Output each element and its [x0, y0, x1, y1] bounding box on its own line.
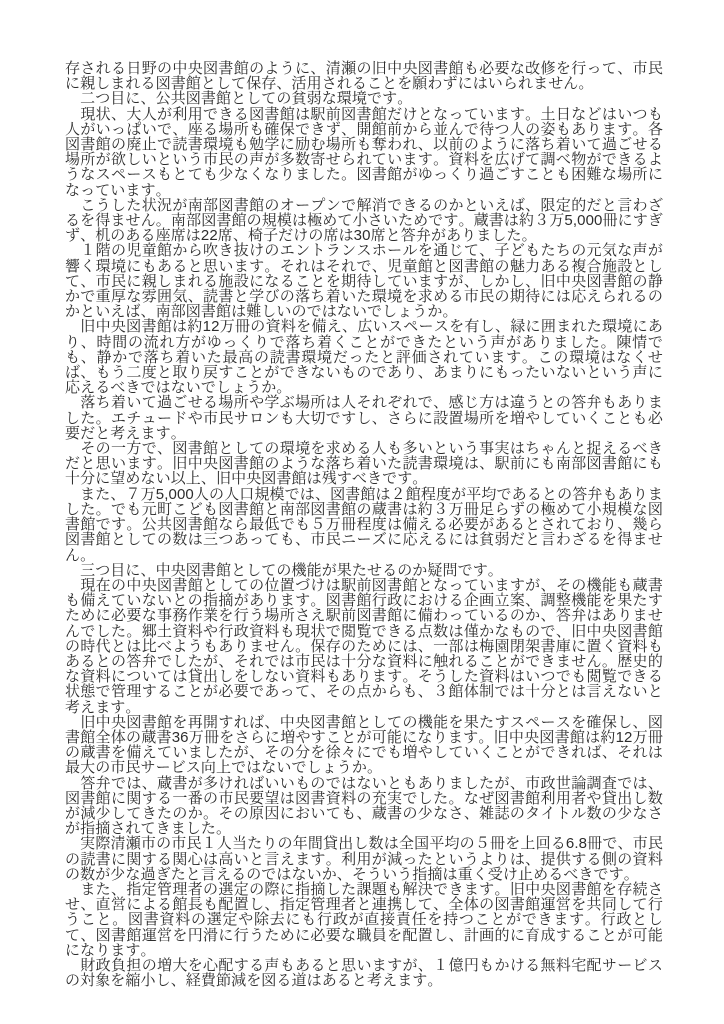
paragraph: 財政負担の増大を心配する声もあると思いますが、１億円もかける無料宅配サービスの対…	[65, 958, 663, 988]
paragraph: こうした状況が南部図書館のオープンで解消できるのかといえば、限定的だと言わざるを…	[65, 198, 663, 244]
paragraph: 旧中央図書館を再開すれば、中央図書館としての機能を果たすスペースを確保し、図書館…	[65, 715, 663, 776]
paragraph: その一方で、図書館としての環境を求める人も多いという事実はちゃんと捉えるべきだと…	[65, 441, 663, 487]
paragraph: 現状、大人が利用できる図書館は駅前図書館だけとなっています。土日などはいつも人が…	[65, 107, 663, 198]
paragraph: 現在の中央図書館としての位置づけは駅前図書館となっていますが、その機能も蔵書も備…	[65, 578, 663, 715]
document-page: 存される日野の中央図書館のように、清瀬の旧中央図書館も必要な改修を行って、市民に…	[0, 0, 724, 1024]
paragraph: 旧中央図書館は約12万冊の資料を備え、広いスペースを有し、緑に囲まれた環境にあり…	[65, 319, 663, 395]
paragraph: 落ち着いて過ごせる場所や学ぶ場所は人それぞれで、感じ方は違うとの答弁もありました…	[65, 395, 663, 441]
document-text: 存される日野の中央図書館のように、清瀬の旧中央図書館も必要な改修を行って、市民に…	[65, 61, 663, 988]
paragraph: 二つ目に、公共図書館としての貧弱な環境です。	[65, 91, 663, 106]
paragraph: １階の児童館から吹き抜けのエントランスホールを通じて、子どもたちの元気な声が響く…	[65, 243, 663, 319]
paragraph: 三つ目に、中央図書館としての機能が果たせるのか疑問です。	[65, 563, 663, 578]
paragraph: 実際清瀬市の市民１人当たりの年間貸出し数は全国平均の５冊を上回る6.8冊で、市民…	[65, 836, 663, 882]
paragraph: また、指定管理者の選定の際に指摘した課題も解決できます。旧中央図書館を存続させ、…	[65, 882, 663, 958]
paragraph: 答弁では、蔵書が多ければいいものではないともありましたが、市政世論調査では、図書…	[65, 776, 663, 837]
paragraph: また、７万5,000人の人口規模では、図書館は２館程度が平均であるとの答弁もあり…	[65, 487, 663, 563]
paragraph: 存される日野の中央図書館のように、清瀬の旧中央図書館も必要な改修を行って、市民に…	[65, 61, 663, 91]
